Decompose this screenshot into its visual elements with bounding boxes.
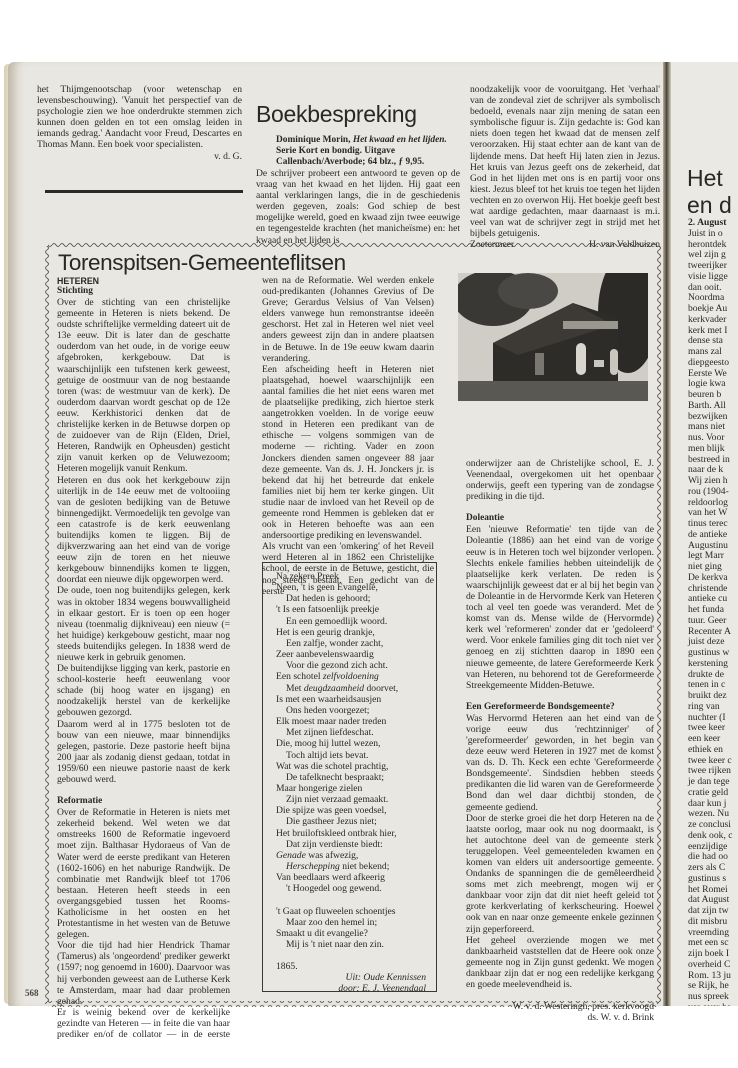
paragraph: Het geheel overziende mogen we met dankb…: [466, 935, 654, 990]
paragraph: Voor die tijd had hier Hendrick Thamar (…: [57, 940, 230, 1007]
poem-year: 1865.: [276, 961, 436, 972]
poem-line: Zeer aanbevelenswaardig: [276, 649, 436, 660]
poem-line: Een zalfje, wonder zacht,: [276, 638, 436, 649]
poem-line: Smaakt u dit evangelie?: [276, 928, 436, 939]
article-column-1: HETEREN Stichting Over de stichting van …: [57, 276, 230, 1040]
paragraph: Door de sterke groei die het dorp Hetere…: [466, 813, 654, 935]
poem-stanza-1: Neen, 't is geen Evangelie,Dat heden is …: [276, 582, 436, 894]
right-title-line-1: Het: [687, 165, 723, 191]
poem-line: Dat zijn verdienste biedt:: [276, 839, 436, 850]
poem-line: Die gastheer Jezus niet;: [276, 816, 436, 827]
book-review-meta: Dominique Morin, Het kwaad en het lijden…: [276, 135, 460, 168]
paragraph: De buitendijkse ligging van kerk, pastor…: [57, 663, 230, 718]
book-review-continuation: noodzakelijk voor de vooruitgang. Het 'v…: [470, 84, 660, 250]
right-title-line-2: en d: [687, 192, 732, 218]
poem-author: door: E. J. Veenendaal: [276, 983, 436, 994]
right-page-line: kerkvader: [688, 315, 738, 326]
right-page-line: dit misbru: [688, 917, 738, 928]
poem-line: Het bruiloftskleed ontbrak hier,: [276, 828, 436, 839]
book-author: Dominique Morin,: [276, 135, 353, 145]
poem-line: Met deugdzaamheid doorvet,: [276, 683, 436, 694]
poem-line: Is met een waarheidsausjen: [276, 694, 436, 705]
section-divider: [45, 190, 243, 193]
page-number: 568: [25, 988, 39, 998]
poem: Na zekere Preek Neen, 't is geen Evangel…: [276, 571, 436, 995]
book-review-title: Boekbespreking: [256, 101, 417, 128]
paragraph: Daarom werd al in 1775 besloten tot de b…: [57, 719, 230, 786]
right-page-text: 2. AugustJuist in oherontdekwel zijn gtw…: [688, 218, 738, 1006]
right-page-line: visie ligge: [688, 272, 738, 283]
poem-line: 't Is een fatsoenlijk preekje: [276, 604, 436, 615]
poem-box: Na zekere Preek Neen, 't is geen Evangel…: [262, 562, 437, 992]
right-page-line: ring van: [688, 702, 738, 713]
paragraph: Over de stichting van een christelijke g…: [57, 297, 230, 475]
right-page-line: men blijk: [688, 444, 738, 455]
poem-line: Toch altijd iets bevat.: [276, 750, 436, 761]
poem-line: 't Hoogedel oog gewend.: [276, 883, 436, 894]
poem-line: Maar zoo den hemel in;: [276, 917, 436, 928]
poem-line: Neen, 't is geen Evangelie,: [276, 582, 436, 593]
book-gutter: [663, 62, 671, 1006]
poem-line: Een schotel zelfvoldoening: [276, 671, 436, 682]
right-page-line: denk ook, c: [688, 831, 738, 842]
right-page-line: ver over he: [688, 1003, 738, 1006]
right-page-line: rou (1904-: [688, 487, 738, 498]
article-column-3: onderwijzer aan de Christelijke school, …: [466, 458, 654, 1023]
location-label: HETEREN: [57, 276, 230, 286]
poem-line: Het is een geurig drankje,: [276, 627, 436, 638]
paragraph: Was Hervormd Heteren aan het eind van de…: [466, 713, 654, 813]
book-review-body: De schrijver probeert een antwoord te ge…: [256, 168, 460, 246]
previous-review-signature: v. d. G.: [37, 151, 242, 162]
paragraph: Over de Reformatie in Heteren is niets m…: [57, 807, 230, 940]
signature-kerkvoogd: W. v. d. Westeringh, pres. kerkvoogd: [466, 1001, 654, 1012]
section-heading-reformatie: Reformatie: [57, 796, 230, 807]
poem-line: 't Gaat op fluweelen schoentjes: [276, 906, 436, 917]
book-review-continuation-text: noodzakelijk voor de vooruitgang. Het 'v…: [470, 84, 660, 239]
right-page-line: ethiek en: [688, 745, 738, 756]
right-page-line: tuur. Geer: [688, 616, 738, 627]
poem-title: Na zekere Preek: [276, 571, 436, 582]
previous-review-paragraph: het Thijmgenootschap (voor wetenschap en…: [37, 84, 242, 151]
article-title: Torenspitsen-Gemeenteflitsen: [58, 250, 346, 276]
poem-line: Wat was die schotel prachtig,: [276, 761, 436, 772]
poem-line: Zijn niet verzaad gemaakt.: [276, 794, 436, 805]
poem-line: Herschepping niet bekend;: [276, 861, 436, 872]
paragraph: wen na de Reformatie. Wel werden enkele …: [262, 275, 434, 364]
right-page-line: De kerkva: [688, 573, 738, 584]
paragraph: Er is weinig bekend over de kerkelijke g…: [57, 1007, 230, 1040]
section-heading-stichting: Stichting: [57, 286, 230, 297]
paragraph: Heteren en dus ook het kerkgebouw zijn u…: [57, 475, 230, 586]
poem-stanza-2: 't Gaat op fluweelen schoentjesMaar zoo …: [276, 906, 436, 951]
section-heading-doleantie: Doleantie: [466, 513, 654, 524]
right-page: Heten d 2. AugustJuist in oherontdekwel …: [671, 62, 738, 1006]
right-page-line: de antieke: [688, 530, 738, 541]
poem-line: Dat heden is gehoord;: [276, 593, 436, 604]
right-page-line: Juist in o: [688, 229, 738, 240]
paragraph: De oude, toen nog buitendijks gelegen, k…: [57, 585, 230, 663]
paragraph: onderwijzer aan de Christelijke school, …: [466, 458, 654, 502]
poem-line: Maar hongerige zielen: [276, 783, 436, 794]
paragraph: Een afscheiding heeft in Heteren niet pl…: [262, 364, 434, 542]
poem-line: Ons heden voorgezet;: [276, 705, 436, 716]
book-publication: Serie Kort en bondig. Uitgave Callenbach…: [276, 146, 424, 167]
poem-line: Genade was afwezig,: [276, 850, 436, 861]
poem-line: Van beedlaars werd afkeerig: [276, 872, 436, 883]
poem-line: Met zijnen liefdeschat.: [276, 727, 436, 738]
poem-line: Mij is 't niet naar den zin.: [276, 939, 436, 950]
right-page-line: cratie geld: [688, 788, 738, 799]
poem-line: En een gemoedlijk woord.: [276, 616, 436, 627]
poem-line: Voor die gezond zich acht.: [276, 660, 436, 671]
church-photo: [458, 273, 648, 401]
right-page-line: gustinus s: [688, 874, 738, 885]
right-page-line: kerstening: [688, 659, 738, 670]
previous-review-text: het Thijmgenootschap (voor wetenschap en…: [37, 84, 242, 162]
right-page-line: diepgeesto: [688, 358, 738, 369]
poem-line: Die, moog hij luttel wezen,: [276, 738, 436, 749]
paragraph: Een 'nieuwe Reformatie' ten tijde van de…: [466, 524, 654, 690]
right-page-line: overheid C: [688, 960, 738, 971]
poem-line: Die spijze was geen voedsel,: [276, 805, 436, 816]
signature-predikant: ds. W. v. d. Brink: [466, 1012, 654, 1023]
poem-line: De tafelknecht bespraakt;: [276, 772, 436, 783]
section-heading-bondsgemeente: Een Gereformeerde Bondsgemeente?: [466, 702, 654, 713]
right-page-line: Barth. All: [688, 401, 738, 412]
article-column-2: wen na de Reformatie. Wel werden enkele …: [262, 275, 434, 597]
book-title: Het kwaad en het lijden.: [353, 135, 447, 145]
poem-line: Elk moest maar nader treden: [276, 716, 436, 727]
poem-source: Uit: Oude Kennissen: [276, 972, 436, 983]
church-image: [458, 273, 648, 401]
right-page-title: Heten d: [687, 165, 732, 219]
